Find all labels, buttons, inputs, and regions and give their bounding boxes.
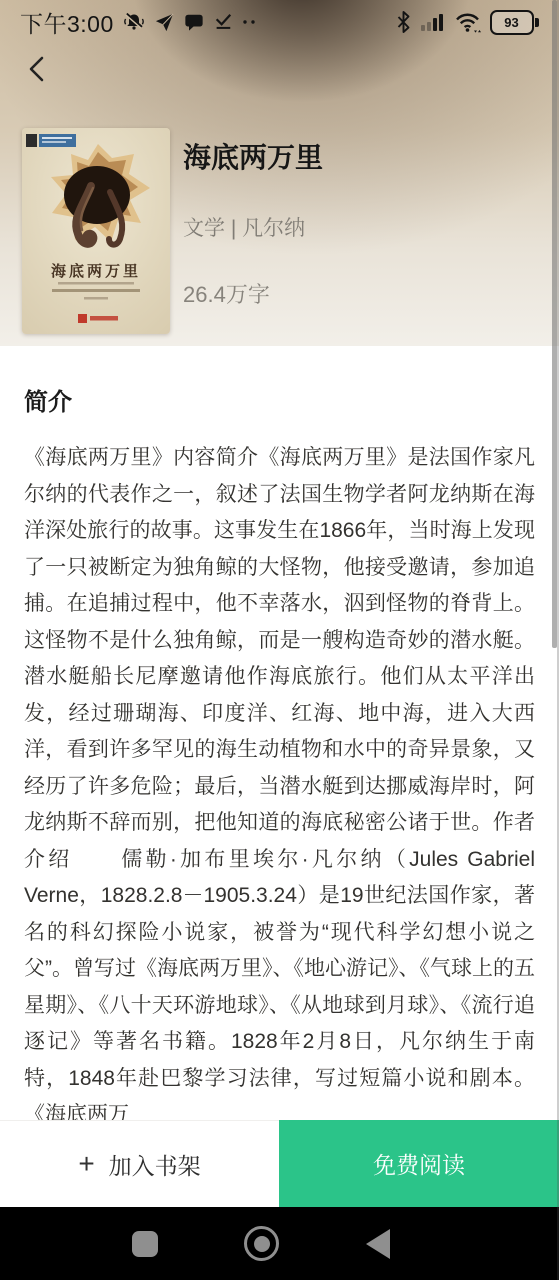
cover-title: 海底两万里 <box>51 262 141 280</box>
wifi-icon <box>455 11 481 33</box>
add-to-shelf-button[interactable]: + 加入书架 <box>0 1120 279 1207</box>
intro-panel: 简介 《海底两万里》内容简介《海底两万里》是法国作家凡尔纳的代表作之一，叙述了法… <box>0 346 559 1207</box>
read-free-button[interactable]: 免费阅读 <box>279 1120 559 1207</box>
bottom-action-bar: + 加入书架 免费阅读 <box>0 1120 559 1207</box>
book-title: 海底两万里 <box>183 136 323 176</box>
check-underline-icon <box>213 12 233 32</box>
intro-heading: 简介 <box>24 382 535 417</box>
back-button[interactable] <box>20 52 54 86</box>
chat-bubble-icon <box>184 12 204 32</box>
battery-icon: 93 <box>490 10 540 35</box>
home-icon <box>254 1236 270 1252</box>
read-free-label: 免费阅读 <box>373 1147 465 1180</box>
chevron-left-icon <box>24 54 50 84</box>
android-nav-bar <box>0 1207 559 1280</box>
plus-icon: + <box>78 1150 94 1178</box>
home-button[interactable] <box>244 1226 279 1261</box>
book-detail-screen: 下午3:00 <box>0 0 559 1280</box>
bluetooth-icon <box>395 10 412 34</box>
signal-bars-icon <box>421 12 446 32</box>
paper-plane-icon <box>154 12 175 33</box>
book-word-count: 26.4万字 <box>183 278 270 309</box>
recents-button[interactable] <box>132 1231 158 1257</box>
more-dots-icon <box>242 12 258 32</box>
mute-bell-icon <box>123 11 145 33</box>
intro-description: 《海底两万里》内容简介《海底两万里》是法国作家凡尔纳的代表作之一，叙述了法国生物… <box>24 440 535 1134</box>
book-cover: 海底两万里 <box>22 128 170 334</box>
status-time: 下午3:00 <box>20 6 114 39</box>
battery-percent: 93 <box>490 10 534 35</box>
book-category: 文学 | 凡尔纳 <box>183 212 305 242</box>
status-bar: 下午3:00 <box>0 0 559 44</box>
nav-back-button[interactable] <box>366 1229 390 1259</box>
publisher-logo <box>78 314 87 323</box>
add-to-shelf-label: 加入书架 <box>109 1148 201 1181</box>
cover-series-logo <box>26 134 37 147</box>
